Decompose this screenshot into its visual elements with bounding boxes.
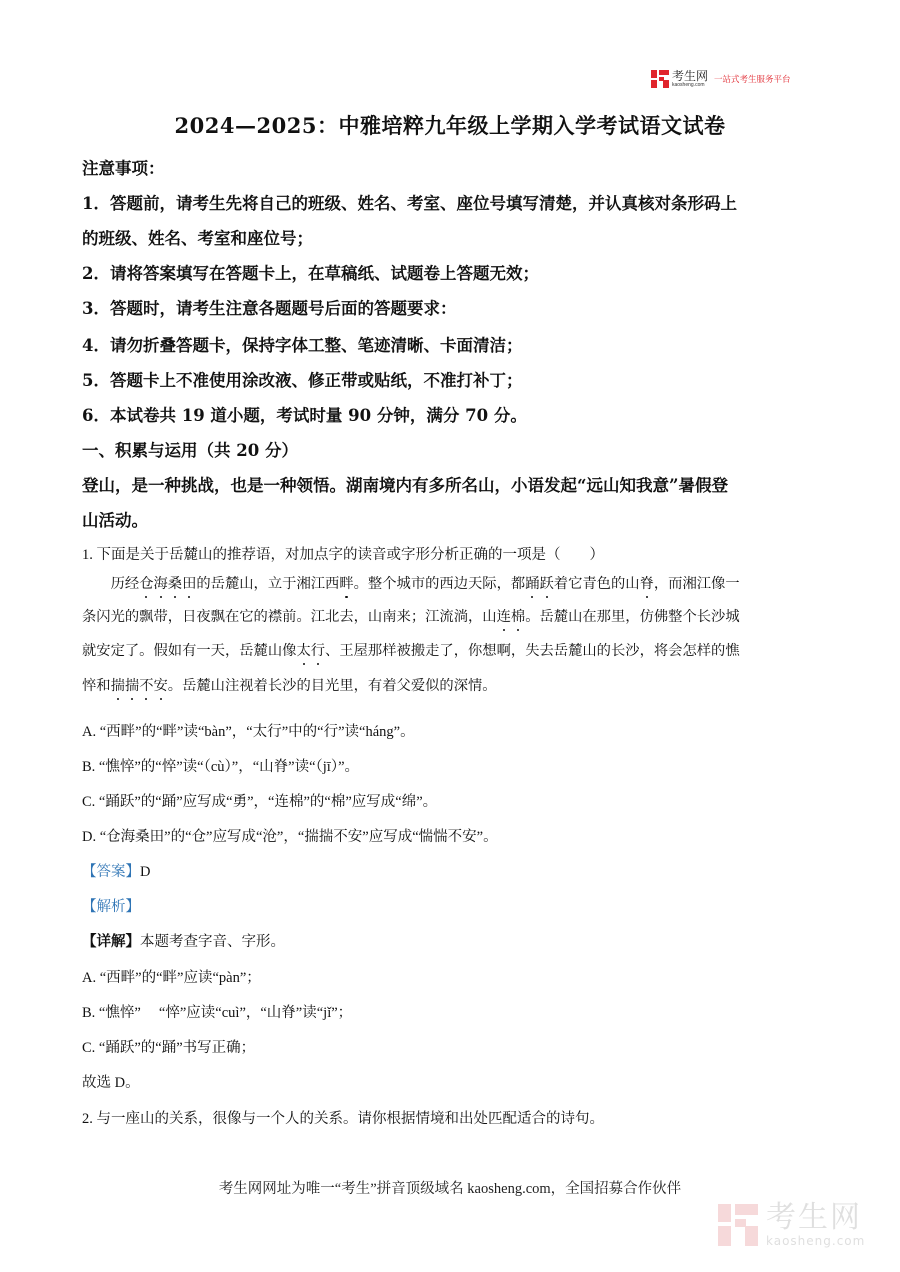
passage-text: 历经 [82, 576, 139, 592]
notice-heading: 注意事项： [82, 155, 165, 179]
option-a: A. “西畔”的“畔”读“bàn”，“太行”中的“行”读“háng”。 [82, 720, 415, 741]
emphasized-char: 踊 [525, 576, 539, 592]
passage-line: 历经仓海桑田的岳麓山，立于湘江西畔。整个城市的西边天际，都踊跃着它青色的山脊，而… [82, 573, 740, 593]
passage-text: 条闪光的飘带，日夜飘在它的襟前。江北去，山南来；江流淌，山 [82, 609, 497, 625]
analysis-label: 【解析】 [82, 899, 140, 915]
notice-item: 5．答题卡上不准使用涂改液、修正带或贴纸，不准打补丁； [82, 367, 522, 391]
emphasized-char: 畔 [339, 576, 353, 592]
logo-slogan: 一站式考生服务平台 [714, 73, 791, 85]
watermark-en: kaosheng.com [766, 1235, 865, 1247]
section-heading: 一、积累与运用（共 20 分） [82, 437, 298, 461]
passage-text: 。岳麓山在那里，仿佛整个长沙城 [525, 609, 739, 625]
notice-item: 1．答题前，请考生先将自己的班级、姓名、考室、座位号填写清楚，并认真核对条形码上 [82, 190, 737, 214]
emphasized-char: 行 [311, 643, 325, 659]
emphasized-char: 仓 [139, 576, 153, 592]
logo-en-text: kaosheng.com [672, 83, 708, 88]
logo-cn-text: 考生网 [672, 70, 708, 82]
option-d: D. “仓海桑田”的“仓”应写成“沧”，“揣揣不安”应写成“惴惴不安”。 [82, 825, 498, 846]
question-2-stem: 2. 与一座山的关系，很像与一个人的关系。请你根据情境和出处匹配适合的诗句。 [82, 1107, 604, 1128]
notice-item: 的班级、姓名、考室和座位号； [82, 225, 313, 249]
passage-line: 条闪光的飘带，日夜飘在它的襟前。江北去，山南来；江流淌，山连棉。岳麓山在那里，仿… [82, 606, 740, 626]
answer-value: D [140, 864, 150, 880]
passage-text: 。岳麓山注视着长沙的目光里，有着父爱似的深情。 [168, 678, 497, 694]
emphasized-char: 跃 [540, 576, 554, 592]
emphasized-char: 揣 [111, 678, 125, 694]
passage-text: 、王屋那样被搬走了，你想啊，失去岳麓山的长沙，将会怎样的憔 [325, 643, 740, 659]
passage-text: 着它青色的山 [554, 576, 640, 592]
emphasized-char: 连 [497, 609, 511, 625]
option-b: B. “憔悴”的“悴”读“（cù）”，“山脊”读“（jī）”。 [82, 755, 359, 776]
passage-text: 悴和 [82, 678, 111, 694]
emphasized-char: 太 [296, 643, 310, 659]
passage-text: 的岳麓山，立于湘江西 [196, 576, 339, 592]
passage-line: 就安定了。假如有一天，岳麓山像太行、王屋那样被搬走了，你想啊，失去岳麓山的长沙，… [82, 640, 740, 660]
exam-title: 2024—2025：中雅培粹九年级上学期入学考试语文试卷 [0, 110, 900, 140]
passage-text: 。整个城市的西边天际，都 [354, 576, 526, 592]
emphasized-char: 不 [139, 678, 153, 694]
emphasized-char: 揣 [125, 678, 139, 694]
detail-label: 【详解】 [82, 934, 140, 950]
emphasized-char: 田 [182, 576, 196, 592]
final-choice: 故选 D。 [82, 1071, 140, 1092]
emphasized-char: 海 [153, 576, 167, 592]
notice-item: 2．请将答案填写在答题卡上，在草稿纸、试题卷上答题无效； [82, 260, 539, 284]
question-1-passage: 历经仓海桑田的岳麓山，立于湘江西畔。整个城市的西边天际，都踊跃着它青色的山脊，而… [82, 573, 822, 703]
question-1-stem: 1. 下面是关于岳麓山的推荐语，对加点字的读音或字形分析正确的一项是（ ） [82, 543, 604, 564]
notice-item: 6．本试卷共 19 道小题，考试时量 90 分钟，满分 70 分。 [82, 402, 527, 426]
detail-line: 【详解】本题考查字音、字形。 [82, 930, 285, 951]
section-intro: 山活动。 [82, 507, 148, 531]
header-logo[interactable]: 考生网 kaosheng.com 一站式考生服务平台 [651, 70, 791, 88]
emphasized-char: 脊 [640, 576, 654, 592]
explanation-c: C. “踊跃”的“踊”书写正确； [82, 1036, 255, 1057]
watermark-logo: 考生网 kaosheng.com [718, 1203, 865, 1247]
option-c: C. “踊跃”的“踊”应写成“勇”，“连棉”的“棉”应写成“绵”。 [82, 790, 437, 811]
footer-text: 考生网网址为唯一“考生”拼音顶级域名 kaosheng.com，全国招募合作伙伴 [0, 1177, 900, 1198]
emphasized-char: 桑 [168, 576, 182, 592]
watermark-cn: 考生网 [766, 1203, 865, 1233]
emphasized-char: 棉 [511, 609, 525, 625]
notice-item: 3．答题时，请考生注意各题题号后面的答题要求： [82, 295, 456, 319]
explanation-b: B. “憔悴” “悴”应读“cuì”，“山脊”读“jǐ”； [82, 1001, 352, 1022]
passage-line: 悴和揣揣不安。岳麓山注视着长沙的目光里，有着父爱似的深情。 [82, 675, 497, 695]
analysis-line: 【解析】 [82, 895, 140, 916]
emphasized-char: 安 [153, 678, 167, 694]
section-intro: 登山，是一种挑战，也是一种领悟。湖南境内有多所名山，小语发起“远山知我意”暑假登 [82, 472, 728, 496]
notice-item: 4．请勿折叠答题卡，保持字体工整、笔迹清晰、卡面清洁； [82, 332, 522, 356]
exam-page: 考生网 kaosheng.com 一站式考生服务平台 2024—2025：中雅培… [0, 0, 900, 1272]
passage-text: ，而湘江像一 [654, 576, 740, 592]
answer-label: 【答案】 [82, 864, 140, 880]
detail-text: 本题考查字音、字形。 [140, 934, 285, 950]
explanation-a: A. “西畔”的“畔”应读“pàn”； [82, 966, 261, 987]
answer-line: 【答案】D [82, 860, 150, 881]
passage-text: 就安定了。假如有一天，岳麓山像 [82, 643, 296, 659]
kaosheng-logo-icon [651, 70, 669, 88]
kaosheng-watermark-icon [718, 1204, 758, 1246]
